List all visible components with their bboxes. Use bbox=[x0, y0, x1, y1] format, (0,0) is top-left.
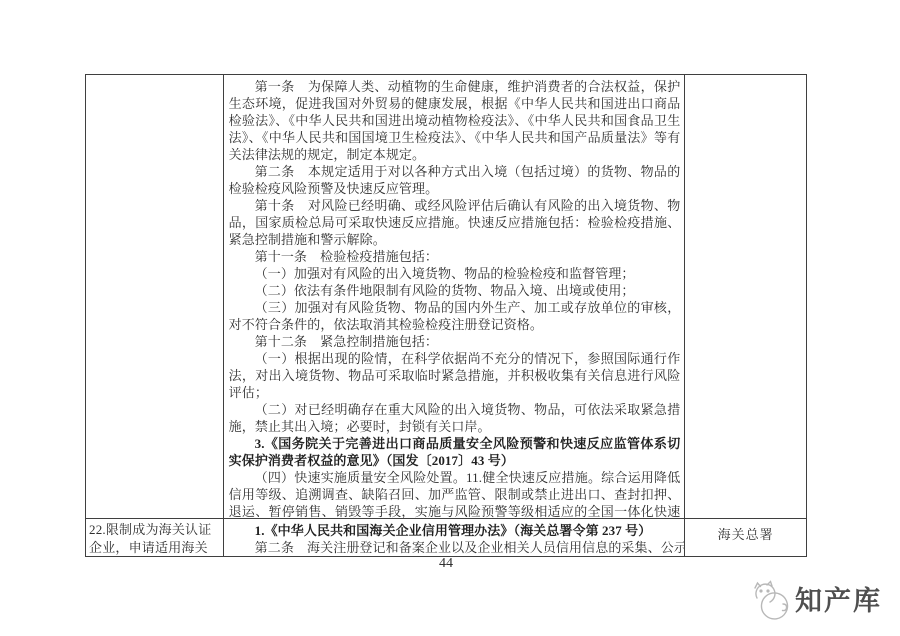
legal-paragraph: 第二条 本规定适用于对以各种方式出入境（包括过境）的货物、物品的检验检疫风险预警… bbox=[229, 163, 681, 197]
legal-paragraph: 第十条 对风险已经明确、或经风险评估后确认有风险的出入境货物、物品，国家质检总局… bbox=[229, 197, 681, 248]
legal-paragraph: （三）加强对有风险货物、物品的国内外生产、加工或存放单位的审核，对不符合条件的，… bbox=[229, 299, 681, 333]
legal-paragraph: （二）依法有条件地限制有风险的货物、物品入境、出境或使用； bbox=[229, 282, 681, 299]
watermark: 知产库 bbox=[747, 578, 882, 624]
authority-cell-empty bbox=[684, 75, 806, 519]
legal-paragraph: 第二条 海关注册登记和备案企业以及企业相关人员信用信息的采集、公示， bbox=[229, 539, 681, 556]
page-number: 44 bbox=[85, 556, 807, 572]
legal-paragraph: （一）根据出现的险情，在科学依据尚不充分的情况下，参照国际通行作法，对出入境货物… bbox=[229, 350, 681, 401]
legal-paragraph: 3.《国务院关于完善进出口商品质量安全风险预警和快速反应监管体系切实保护消费者权… bbox=[229, 435, 681, 469]
legal-paragraph: （一）加强对有风险的出入境货物、物品的检验检疫和监督管理； bbox=[229, 265, 681, 282]
iphouse-cat-logo bbox=[747, 578, 795, 624]
legal-paragraph: 1.《中华人民共和国海关企业信用管理办法》（海关总署令第 237 号） bbox=[229, 522, 681, 539]
legal-paragraph: 第一条 为保障人类、动植物的生命健康，维护消费者的合法权益，保护生态环境，促进我… bbox=[229, 78, 681, 163]
table-row-item-22: 22.限制成为海关认证企业，申请适用海关认 1.《中华人民共和国海关企业信用管理… bbox=[86, 519, 806, 556]
table-row-continued: 第一条 为保障人类、动植物的生命健康，维护消费者的合法权益，保护生态环境，促进我… bbox=[86, 75, 806, 519]
item-22-label-cell: 22.限制成为海关认证企业，申请适用海关认 bbox=[86, 519, 223, 556]
legal-basis-cell: 第一条 为保障人类、动植物的生命健康，维护消费者的合法权益，保护生态环境，促进我… bbox=[223, 75, 685, 519]
item-cell-empty bbox=[86, 75, 223, 519]
item-22-legal-basis-cell: 1.《中华人民共和国海关企业信用管理办法》（海关总署令第 237 号）第二条 海… bbox=[223, 519, 685, 556]
item-label-line: 企业，申请适用海关认 bbox=[89, 539, 220, 557]
legal-paragraph: 第十一条 检验检疫措施包括： bbox=[229, 248, 681, 265]
item-label-line: 22.限制成为海关认证 bbox=[89, 521, 220, 539]
legal-paragraph: 第十二条 紧急控制措施包括： bbox=[229, 333, 681, 350]
authority-label: 海关总署 bbox=[718, 527, 774, 542]
regulation-table: 第一条 为保障人类、动植物的生命健康，维护消费者的合法权益，保护生态环境，促进我… bbox=[85, 74, 807, 557]
watermark-brand: 知产库 bbox=[795, 578, 882, 624]
legal-paragraph: （二）对已经明确存在重大风险的出入境货物、物品，可依法采取紧急措施，禁止其出入境… bbox=[229, 401, 681, 435]
legal-paragraph: （四）快速实施质量安全风险处置。11.健全快速反应措施。综合运用降低信用等级、追… bbox=[229, 469, 681, 519]
item-22-authority-cell: 海关总署 bbox=[684, 519, 806, 556]
